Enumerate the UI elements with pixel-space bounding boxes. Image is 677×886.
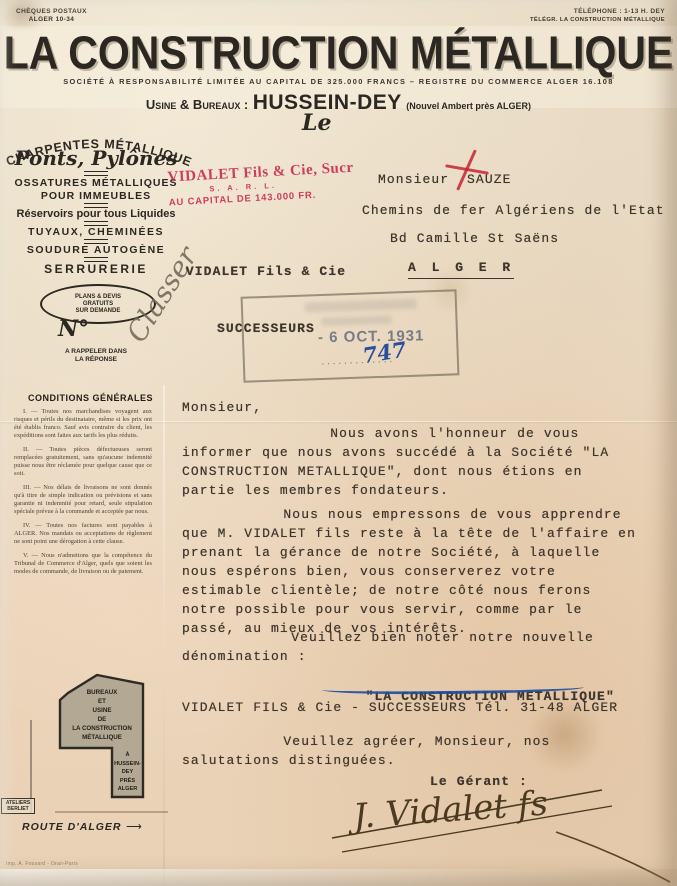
received-stamp-box: - 6 OCT. 1931 747 ············· <box>241 289 460 382</box>
printer-mark: Imp. A. Fossard - Oran-Paris <box>6 861 78 867</box>
service-ossatures-2: POUR IMMEUBLES <box>0 190 192 202</box>
map-label-line: DEY <box>112 768 143 777</box>
faded-stamp-text <box>321 316 391 326</box>
postal-info: CHÈQUES POSTAUX ALGER 10-34 <box>16 8 87 24</box>
paragraph-2: Nous nous empressons de vous apprendre q… <box>182 505 644 638</box>
condition-item: V. — Nous n'admettons que la compétence … <box>14 552 152 576</box>
divider <box>84 171 108 176</box>
letter-page: CHÈQUES POSTAUX ALGER 10-34 TÉLÉPHONE : … <box>0 0 677 886</box>
works-label: Usine & Bureaux : <box>146 97 248 112</box>
conditions-title: CONDITIONS GÉNÉRALES <box>28 393 153 403</box>
condition-item: I. — Toutes nos marchandises voyagent au… <box>14 408 152 440</box>
map-label-line: DE <box>58 715 146 724</box>
dotted-line: ············· <box>321 355 395 370</box>
works-note: (Nouvel Ambert près ALGER) <box>406 101 531 111</box>
red-cross-mark <box>447 150 487 190</box>
postal-line1: CHÈQUES POSTAUX <box>16 8 87 16</box>
route-arrow-icon: ⟶ <box>126 821 142 833</box>
map-label-line: HUSSEIN- <box>112 760 143 769</box>
successor-line1: VIDALET Fils & Cie <box>172 262 360 281</box>
route-label: ROUTE D'ALGER <box>22 821 122 833</box>
paragraph-3: Veuillez bien noter notre nouvelle dénom… <box>182 628 644 666</box>
works-line: Usine & Bureaux : HUSSEIN-DEY (Nouvel Am… <box>0 91 677 115</box>
service-soudure: SOUDURE AUTOGÈNE <box>0 244 192 256</box>
telephone-info: TÉLÉPHONE : 1-13 H. DEY TÉLÉGR. LA CONST… <box>530 8 665 24</box>
ateliers-line2: BERLIET <box>2 806 34 812</box>
recipient-city: A L G E R <box>408 258 514 279</box>
red-company-stamp: VIDALET Fils & Cie, Sucr S. A. R. L. AU … <box>167 159 379 209</box>
service-ossatures-1: OSSATURES MÉTALLIQUES <box>0 177 192 189</box>
company-subtitle: SOCIÉTÉ À RESPONSABILITÉ LIMITÉE AU CAPI… <box>0 77 677 86</box>
tel-line2: TÉLÉGR. LA CONSTRUCTION MÉTALLIQUE <box>530 16 665 24</box>
map-label-line: ET <box>58 697 146 706</box>
recipient-org: Chemins de fer Algériens de l'Etat <box>362 201 665 220</box>
paper-bottom-edge <box>0 869 677 886</box>
paragraph-1: Nous avons l'honneur de vous informer qu… <box>182 424 644 500</box>
tel-line1: TÉLÉPHONE : 1-13 H. DEY <box>530 8 665 16</box>
service-reservoirs: Réservoirs pour tous Liquides <box>0 208 192 220</box>
sidebar-script-line: Ponts, Pylônes <box>0 146 192 170</box>
recipient-street: Bd Camille St Saëns <box>390 229 559 248</box>
date-prefix: Le <box>302 110 331 136</box>
badge-line1: PLANS & DEVIS <box>42 294 154 301</box>
ateliers-label: ATELIERS BERLIET <box>1 798 35 814</box>
map-building-leg-label: À HUSSEIN- DEY PRÈS ALGER <box>112 751 143 794</box>
map-label-line: MÉTALLIQUE <box>58 733 146 742</box>
condition-item: IV. — Toutes nos factures sont payables … <box>14 522 152 546</box>
map-label-line: ALGER <box>112 785 143 794</box>
route-label-row: ROUTE D'ALGER ⟶ <box>22 817 142 835</box>
postal-line2: ALGER 10-34 <box>16 16 87 24</box>
conditions-list: I. — Toutes nos marchandises voyagent au… <box>14 408 152 582</box>
numero-label: N° <box>58 316 89 342</box>
contact-line: VIDALET FILS & Cie - SUCCESSEURS Tél. 31… <box>182 698 644 717</box>
salutation: Monsieur, <box>182 398 644 417</box>
paragraph-4: Veuillez agréer, Monsieur, nos salutatio… <box>182 732 644 770</box>
faded-stamp-text <box>305 299 417 313</box>
recipient-name: Monsieur SAUZE <box>378 170 512 189</box>
map-label-line: USINE <box>58 706 146 715</box>
service-tuyaux: TUYAUX, CHEMINÉES <box>0 226 192 238</box>
condition-item: III. — Nos délais de livraisons ne sont … <box>14 484 152 516</box>
map-label-line: À <box>112 751 143 760</box>
map-label-line: LA CONSTRUCTION <box>58 724 146 733</box>
map-label-line: PRÈS <box>112 777 143 786</box>
map-building-label: BUREAUX ET USINE DE LA CONSTRUCTION MÉTA… <box>58 688 146 742</box>
condition-item: II. — Toutes pièces défectueuses seront … <box>14 446 152 478</box>
company-title: LA CONSTRUCTION MÉTALLIQUE <box>0 27 677 80</box>
map-label-line: BUREAUX <box>58 688 146 697</box>
